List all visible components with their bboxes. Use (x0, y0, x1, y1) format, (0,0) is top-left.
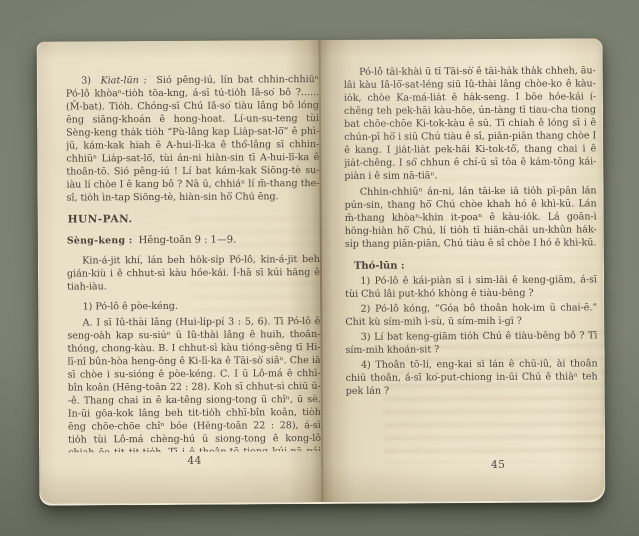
discussion-question-2: 2) Pó-lô kóng, “Góa bô thoân hok-im ū ch… (345, 301, 597, 329)
page-number-right: 45 (378, 458, 618, 471)
open-book: 3) Kiat-lūn : Sió pêng-iú, lín bat chhin… (37, 38, 606, 505)
discussion-question-3: 3) Lí bat keng-giām tio̍h Chú ê tiàu-bēn… (345, 329, 597, 357)
scripture-reference: Hēng-toān 9 : 1—9. (139, 235, 237, 247)
discussion-question-4: 4) Thoân tō-lí, eng-kai sī lán ê chū-iû,… (346, 357, 598, 398)
discussion-heading: Thó-lūn : (345, 258, 597, 273)
application-paragraph: Chhin-chhiūⁿ án-ni, lán tāi-ke iā tio̍h … (344, 184, 596, 251)
conclusion-number: 3) (81, 75, 91, 86)
background-paragraph: A. I sī Iû-thài lâng (Hui-li̍p-pí 3 : 5,… (67, 315, 321, 453)
biography-paragraph: Pó-lô tāi-khài ū tī Tāi-sò͘ ê tāi-ha̍k t… (344, 64, 597, 183)
page-number-left: 44 (68, 454, 321, 468)
conclusion-paragraph: 3) Kiat-lūn : Sió pêng-iú, lín bat chhin… (66, 73, 320, 205)
conclusion-text: Sió pêng-iú, lín bat chhin-chhiūⁿ Pó-lô … (66, 74, 320, 204)
left-page-text: 3) Kiat-lūn : Sió pêng-iú, lín bat chhin… (66, 73, 321, 453)
photo-background: 3) Kiat-lūn : Sió pêng-iú, lín bat chhin… (0, 0, 639, 536)
section-heading: HUN-PAN. (68, 212, 320, 227)
conclusion-term: Kiat-lūn : (101, 75, 147, 86)
left-page: 3) Kiat-lūn : Sió pêng-iú, lín bat chhin… (38, 40, 323, 504)
scripture-label: Sèng-keng : (67, 235, 133, 246)
point-1-heading: 1) Pó-lô ê pòe-kéng. (67, 299, 320, 314)
right-page: Pó-lô tāi-khài ū tī Tāi-sò͘ ê tāi-ha̍k t… (320, 38, 605, 502)
intro-paragraph: Kin-á-jit khí, lán beh ho̍k-si̍p Pó-lô, … (67, 253, 320, 294)
right-page-text: Pó-lô tāi-khài ū tī Tāi-sò͘ ê tāi-ha̍k t… (344, 64, 598, 454)
scripture-line: Sèng-keng : Hēng-toān 9 : 1—9. (67, 233, 320, 248)
discussion-question-1: 1) Pó-lô ê kái-piàn sī i sim-lāi ê keng-… (345, 273, 597, 301)
